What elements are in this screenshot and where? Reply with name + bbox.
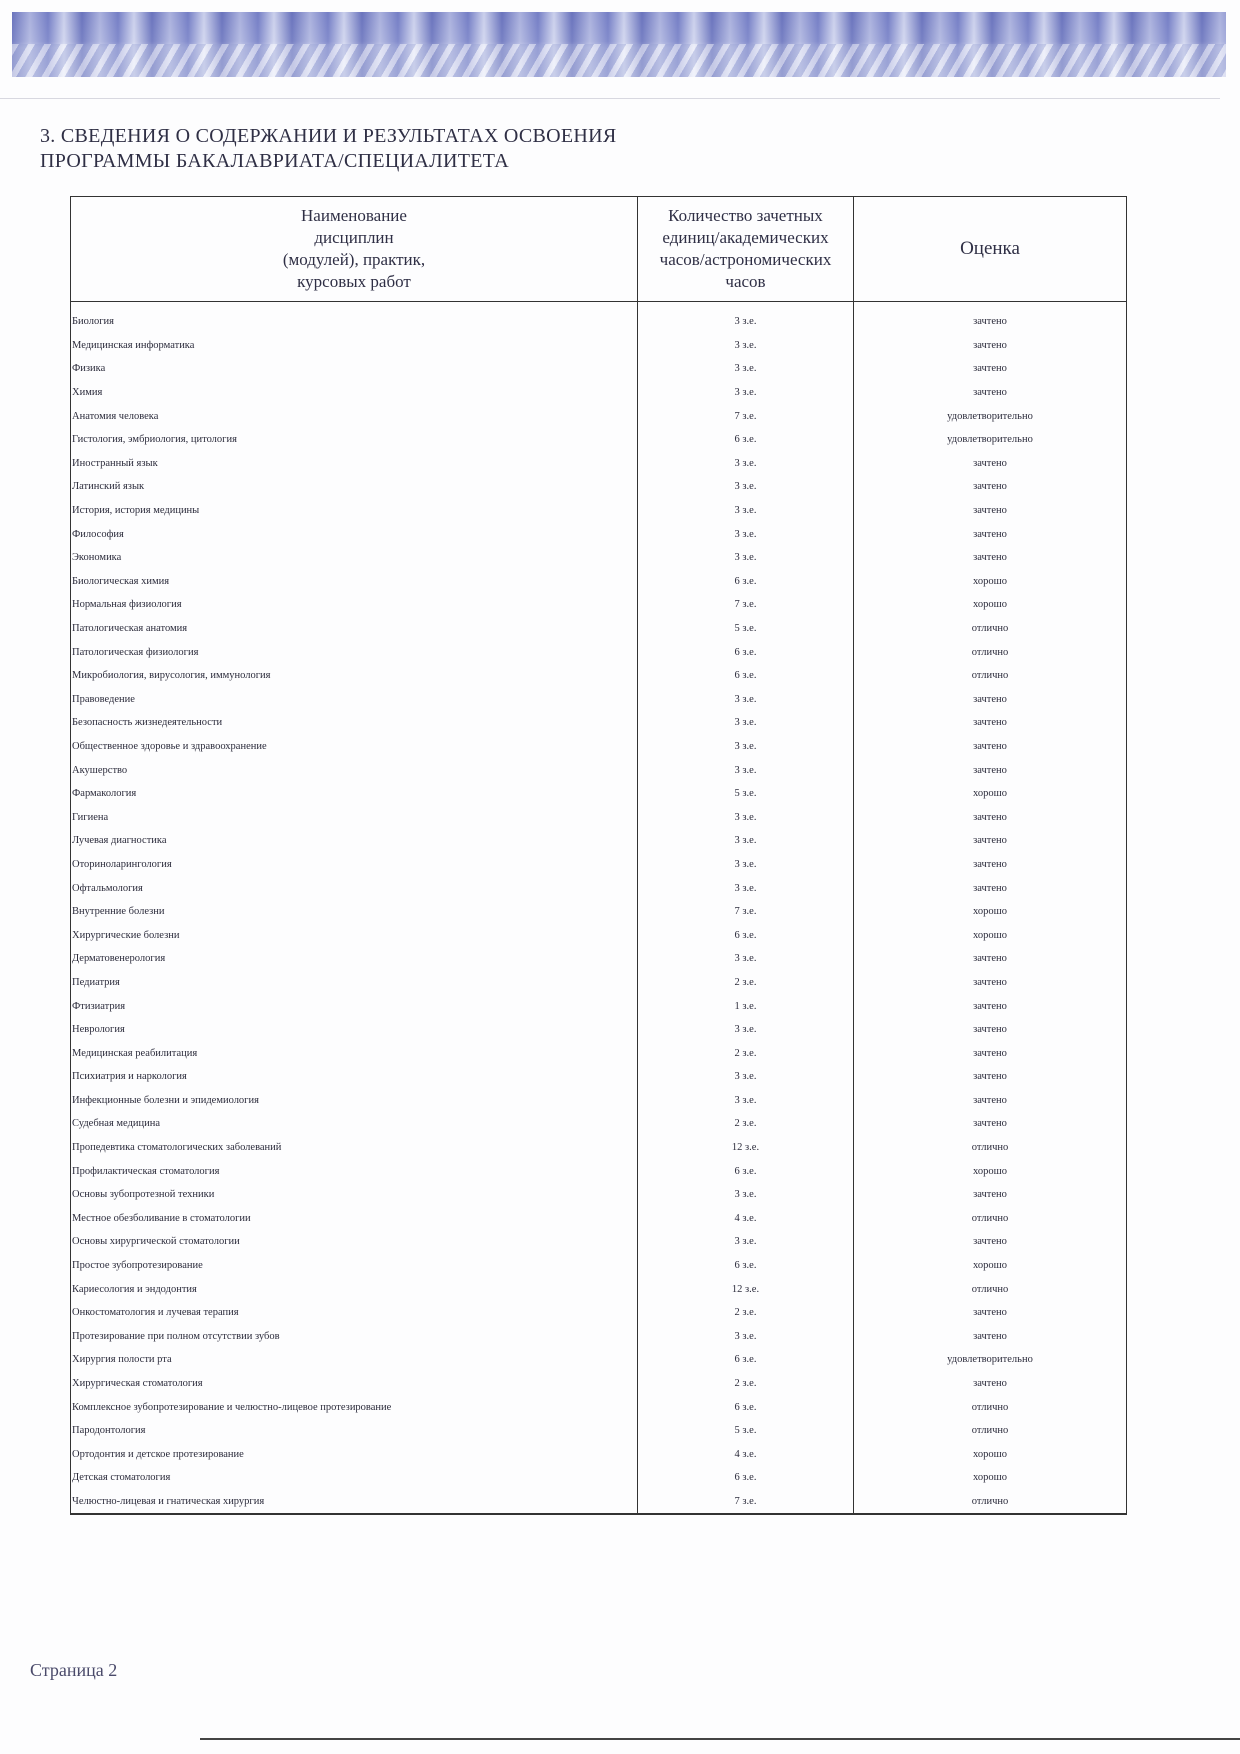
credits-cell: 4 з.е.	[638, 1443, 854, 1467]
grade-cell: зачтено	[854, 1325, 1127, 1349]
credits-cell: 3 з.е.	[638, 475, 854, 499]
discipline-name-cell: Основы хирургической стоматологии	[71, 1230, 638, 1254]
credits-cell: 3 з.е.	[638, 711, 854, 735]
discipline-name-cell: Простое зубопротезирование	[71, 1254, 638, 1278]
table-row: Профилактическая стоматология6 з.е.хорош…	[71, 1159, 1127, 1183]
discipline-name-cell: Дерматовенерология	[71, 947, 638, 971]
discipline-name-cell: Микробиология, вирусология, иммунология	[71, 664, 638, 688]
credits-cell: 2 з.е.	[638, 1372, 854, 1396]
credits-cell: 6 з.е.	[638, 1159, 854, 1183]
grade-cell: зачтено	[854, 876, 1127, 900]
grade-cell: зачтено	[854, 357, 1127, 381]
grade-cell: зачтено	[854, 688, 1127, 712]
credits-cell: 1 з.е.	[638, 994, 854, 1018]
discipline-name-cell: Патологическая анатомия	[71, 617, 638, 641]
bottom-edge-line	[200, 1738, 1240, 1740]
discipline-name-cell: Пропедевтика стоматологических заболеван…	[71, 1136, 638, 1160]
credits-cell: 3 з.е.	[638, 334, 854, 358]
discipline-name-cell: Биология	[71, 302, 638, 334]
table-row: Протезирование при полном отсутствии зуб…	[71, 1325, 1127, 1349]
credits-cell: 2 з.е.	[638, 1301, 854, 1325]
table-row: Фармакология5 з.е.хорошо	[71, 782, 1127, 806]
page-number: Страница 2	[30, 1660, 117, 1681]
discipline-name-cell: Пародонтология	[71, 1419, 638, 1443]
table-row: Нормальная физиология7 з.е.хорошо	[71, 593, 1127, 617]
credits-cell: 5 з.е.	[638, 1419, 854, 1443]
grade-cell: хорошо	[854, 900, 1127, 924]
discipline-name-cell: Латинский язык	[71, 475, 638, 499]
discipline-name-cell: Местное обезболивание в стоматологии	[71, 1207, 638, 1231]
table-row: Иностранный язык3 з.е.зачтено	[71, 452, 1127, 476]
grade-cell: зачтено	[854, 829, 1127, 853]
table-row: Судебная медицина2 з.е.зачтено	[71, 1112, 1127, 1136]
table-row: Пропедевтика стоматологических заболеван…	[71, 1136, 1127, 1160]
table-row: Детская стоматология6 з.е.хорошо	[71, 1466, 1127, 1490]
discipline-name-cell: Неврология	[71, 1018, 638, 1042]
discipline-name-cell: Офтальмология	[71, 876, 638, 900]
discipline-name-cell: Протезирование при полном отсутствии зуб…	[71, 1325, 638, 1349]
security-pattern-banner	[12, 12, 1226, 77]
credits-cell: 3 з.е.	[638, 1065, 854, 1089]
discipline-name-cell: Внутренние болезни	[71, 900, 638, 924]
section-title-line-2: ПРОГРАММЫ БАКАЛАВРИАТА/СПЕЦИАЛИТЕТА	[40, 149, 840, 174]
credits-cell: 4 з.е.	[638, 1207, 854, 1231]
credits-cell: 3 з.е.	[638, 758, 854, 782]
table-row: Лучевая диагностика3 з.е.зачтено	[71, 829, 1127, 853]
discipline-name-cell: Комплексное зубопротезирование и челюстн…	[71, 1395, 638, 1419]
table-row: Ортодонтия и детское протезирование4 з.е…	[71, 1443, 1127, 1467]
grade-cell: зачтено	[854, 947, 1127, 971]
discipline-name-cell: Медицинская реабилитация	[71, 1041, 638, 1065]
credits-cell: 6 з.е.	[638, 664, 854, 688]
discipline-name-cell: Физика	[71, 357, 638, 381]
table-row: Безопасность жизнедеятельности3 з.е.зачт…	[71, 711, 1127, 735]
grade-cell: зачтено	[854, 994, 1127, 1018]
credits-cell: 3 з.е.	[638, 1089, 854, 1113]
credits-cell: 6 з.е.	[638, 1395, 854, 1419]
table-row: Неврология3 з.е.зачтено	[71, 1018, 1127, 1042]
grade-cell: зачтено	[854, 971, 1127, 995]
grade-cell: зачтено	[854, 735, 1127, 759]
credits-cell: 6 з.е.	[638, 1348, 854, 1372]
section-title-line-1: 3. СВЕДЕНИЯ О СОДЕРЖАНИИ И РЕЗУЛЬТАТАХ О…	[40, 124, 840, 149]
grade-cell: отлично	[854, 1490, 1127, 1515]
credits-cell: 3 з.е.	[638, 1183, 854, 1207]
table-row: Патологическая анатомия5 з.е.отлично	[71, 617, 1127, 641]
discipline-name-cell: Медицинская информатика	[71, 334, 638, 358]
credits-cell: 7 з.е.	[638, 1490, 854, 1515]
table-row: Местное обезболивание в стоматологии4 з.…	[71, 1207, 1127, 1231]
grade-cell: зачтено	[854, 1112, 1127, 1136]
credits-cell: 3 з.е.	[638, 688, 854, 712]
credits-cell: 7 з.е.	[638, 900, 854, 924]
credits-cell: 3 з.е.	[638, 829, 854, 853]
grade-cell: зачтено	[854, 1041, 1127, 1065]
table-row: Основы зубопротезной техники3 з.е.зачтен…	[71, 1183, 1127, 1207]
discipline-name-cell: Гистология, эмбриология, цитология	[71, 428, 638, 452]
table-row: Пародонтология5 з.е.отлично	[71, 1419, 1127, 1443]
grade-cell: зачтено	[854, 711, 1127, 735]
credits-cell: 3 з.е.	[638, 876, 854, 900]
credits-cell: 2 з.е.	[638, 971, 854, 995]
table-row: Комплексное зубопротезирование и челюстн…	[71, 1395, 1127, 1419]
table-row: Челюстно-лицевая и гнатическая хирургия7…	[71, 1490, 1127, 1515]
credits-cell: 7 з.е.	[638, 593, 854, 617]
discipline-name-cell: Инфекционные болезни и эпидемиология	[71, 1089, 638, 1113]
credits-cell: 3 з.е.	[638, 522, 854, 546]
discipline-name-cell: Профилактическая стоматология	[71, 1159, 638, 1183]
grade-cell: отлично	[854, 617, 1127, 641]
discipline-name-cell: Хирургические болезни	[71, 923, 638, 947]
credits-cell: 3 з.е.	[638, 1325, 854, 1349]
credits-cell: 3 з.е.	[638, 735, 854, 759]
discipline-name-cell: Основы зубопротезной техники	[71, 1183, 638, 1207]
credits-cell: 3 з.е.	[638, 499, 854, 523]
table-row: Философия3 з.е.зачтено	[71, 522, 1127, 546]
grades-table-body: Биология3 з.е.зачтеноМедицинская информа…	[71, 302, 1127, 1515]
table-row: Инфекционные болезни и эпидемиология3 з.…	[71, 1089, 1127, 1113]
grade-cell: зачтено	[854, 805, 1127, 829]
discipline-name-cell: Общественное здоровье и здравоохранение	[71, 735, 638, 759]
discipline-name-cell: Патологическая физиология	[71, 640, 638, 664]
credits-cell: 6 з.е.	[638, 640, 854, 664]
table-row: Химия3 з.е.зачтено	[71, 381, 1127, 405]
header-credits: Количество зачетных единиц/академических…	[638, 197, 854, 302]
credits-cell: 5 з.е.	[638, 782, 854, 806]
grade-cell: хорошо	[854, 1466, 1127, 1490]
discipline-name-cell: Философия	[71, 522, 638, 546]
grade-cell: удовлетворительно	[854, 404, 1127, 428]
credits-cell: 3 з.е.	[638, 1018, 854, 1042]
discipline-name-cell: Безопасность жизнедеятельности	[71, 711, 638, 735]
grade-cell: зачтено	[854, 334, 1127, 358]
discipline-name-cell: Нормальная физиология	[71, 593, 638, 617]
grade-cell: отлично	[854, 1207, 1127, 1231]
discipline-name-cell: Иностранный язык	[71, 452, 638, 476]
grades-table: Наименование дисциплин (модулей), практи…	[70, 196, 1127, 1515]
discipline-name-cell: Ортодонтия и детское протезирование	[71, 1443, 638, 1467]
grade-cell: зачтено	[854, 1372, 1127, 1396]
discipline-name-cell: История, история медицины	[71, 499, 638, 523]
grade-cell: зачтено	[854, 853, 1127, 877]
discipline-name-cell: Хирургическая стоматология	[71, 1372, 638, 1396]
table-row: Гистология, эмбриология, цитология6 з.е.…	[71, 428, 1127, 452]
grade-cell: отлично	[854, 1419, 1127, 1443]
credits-cell: 3 з.е.	[638, 452, 854, 476]
grade-cell: хорошо	[854, 923, 1127, 947]
table-row: Медицинская информатика3 з.е.зачтено	[71, 334, 1127, 358]
grade-cell: зачтено	[854, 499, 1127, 523]
table-row: История, история медицины3 з.е.зачтено	[71, 499, 1127, 523]
discipline-name-cell: Кариесология и эндодонтия	[71, 1277, 638, 1301]
table-row: Физика3 з.е.зачтено	[71, 357, 1127, 381]
discipline-name-cell: Оториноларингология	[71, 853, 638, 877]
discipline-name-cell: Акушерство	[71, 758, 638, 782]
grade-cell: удовлетворительно	[854, 428, 1127, 452]
grade-cell: зачтено	[854, 302, 1127, 334]
table-row: Анатомия человека7 з.е.удовлетворительно	[71, 404, 1127, 428]
table-row: Психиатрия и наркология3 з.е.зачтено	[71, 1065, 1127, 1089]
credits-cell: 6 з.е.	[638, 1466, 854, 1490]
grade-cell: зачтено	[854, 1018, 1127, 1042]
credits-cell: 7 з.е.	[638, 404, 854, 428]
grade-cell: зачтено	[854, 522, 1127, 546]
credits-cell: 12 з.е.	[638, 1277, 854, 1301]
credits-cell: 3 з.е.	[638, 357, 854, 381]
credits-cell: 3 з.е.	[638, 302, 854, 334]
table-row: Медицинская реабилитация2 з.е.зачтено	[71, 1041, 1127, 1065]
grade-cell: отлично	[854, 1277, 1127, 1301]
credits-cell: 3 з.е.	[638, 853, 854, 877]
discipline-name-cell: Лучевая диагностика	[71, 829, 638, 853]
table-row: Патологическая физиология6 з.е.отлично	[71, 640, 1127, 664]
grade-cell: хорошо	[854, 570, 1127, 594]
header-discipline-name: Наименование дисциплин (модулей), практи…	[71, 197, 638, 302]
table-row: Дерматовенерология3 з.е.зачтено	[71, 947, 1127, 971]
credits-cell: 3 з.е.	[638, 1230, 854, 1254]
table-row: Кариесология и эндодонтия12 з.е.отлично	[71, 1277, 1127, 1301]
table-row: Хирургическая стоматология2 з.е.зачтено	[71, 1372, 1127, 1396]
discipline-name-cell: Фармакология	[71, 782, 638, 806]
grade-cell: зачтено	[854, 475, 1127, 499]
table-row: Простое зубопротезирование6 з.е.хорошо	[71, 1254, 1127, 1278]
table-row: Правоведение3 з.е.зачтено	[71, 688, 1127, 712]
grade-cell: зачтено	[854, 1089, 1127, 1113]
table-row: Гигиена3 з.е.зачтено	[71, 805, 1127, 829]
credits-cell: 2 з.е.	[638, 1041, 854, 1065]
grade-cell: отлично	[854, 1136, 1127, 1160]
discipline-name-cell: Фтизиатрия	[71, 994, 638, 1018]
grade-cell: хорошо	[854, 1254, 1127, 1278]
table-row: Основы хирургической стоматологии3 з.е.з…	[71, 1230, 1127, 1254]
credits-cell: 6 з.е.	[638, 428, 854, 452]
discipline-name-cell: Экономика	[71, 546, 638, 570]
grade-cell: зачтено	[854, 1065, 1127, 1089]
credits-cell: 3 з.е.	[638, 546, 854, 570]
credits-cell: 6 з.е.	[638, 1254, 854, 1278]
discipline-name-cell: Психиатрия и наркология	[71, 1065, 638, 1089]
grade-cell: зачтено	[854, 546, 1127, 570]
discipline-name-cell: Челюстно-лицевая и гнатическая хирургия	[71, 1490, 638, 1515]
table-row: Педиатрия2 з.е.зачтено	[71, 971, 1127, 995]
discipline-name-cell: Биологическая химия	[71, 570, 638, 594]
grade-cell: зачтено	[854, 381, 1127, 405]
table-row: Общественное здоровье и здравоохранение3…	[71, 735, 1127, 759]
credits-cell: 12 з.е.	[638, 1136, 854, 1160]
discipline-name-cell: Хирургия полости рта	[71, 1348, 638, 1372]
grade-cell: удовлетворительно	[854, 1348, 1127, 1372]
table-row: Биология3 з.е.зачтено	[71, 302, 1127, 334]
discipline-name-cell: Педиатрия	[71, 971, 638, 995]
table-row: Хирургические болезни6 з.е.хорошо	[71, 923, 1127, 947]
table-row: Биологическая химия6 з.е.хорошо	[71, 570, 1127, 594]
discipline-name-cell: Детская стоматология	[71, 1466, 638, 1490]
table-header-row: Наименование дисциплин (модулей), практи…	[71, 197, 1127, 302]
credits-cell: 3 з.е.	[638, 381, 854, 405]
credits-cell: 2 з.е.	[638, 1112, 854, 1136]
grade-cell: хорошо	[854, 782, 1127, 806]
grade-cell: хорошо	[854, 1443, 1127, 1467]
discipline-name-cell: Правоведение	[71, 688, 638, 712]
table-row: Латинский язык3 з.е.зачтено	[71, 475, 1127, 499]
grade-cell: отлично	[854, 640, 1127, 664]
grade-cell: хорошо	[854, 593, 1127, 617]
table-row: Хирургия полости рта6 з.е.удовлетворител…	[71, 1348, 1127, 1372]
table-row: Микробиология, вирусология, иммунология6…	[71, 664, 1127, 688]
table-row: Акушерство3 з.е.зачтено	[71, 758, 1127, 782]
credits-cell: 3 з.е.	[638, 805, 854, 829]
section-title: 3. СВЕДЕНИЯ О СОДЕРЖАНИИ И РЕЗУЛЬТАТАХ О…	[40, 124, 840, 174]
grade-cell: зачтено	[854, 1183, 1127, 1207]
grade-cell: зачтено	[854, 452, 1127, 476]
table-row: Оториноларингология3 з.е.зачтено	[71, 853, 1127, 877]
grade-cell: хорошо	[854, 1159, 1127, 1183]
table-row: Внутренние болезни7 з.е.хорошо	[71, 900, 1127, 924]
discipline-name-cell: Судебная медицина	[71, 1112, 638, 1136]
credits-cell: 6 з.е.	[638, 923, 854, 947]
banner-divider	[0, 98, 1220, 99]
credits-cell: 6 з.е.	[638, 570, 854, 594]
table-row: Фтизиатрия1 з.е.зачтено	[71, 994, 1127, 1018]
credits-cell: 3 з.е.	[638, 947, 854, 971]
discipline-name-cell: Химия	[71, 381, 638, 405]
grade-cell: зачтено	[854, 1301, 1127, 1325]
discipline-name-cell: Гигиена	[71, 805, 638, 829]
discipline-name-cell: Анатомия человека	[71, 404, 638, 428]
header-grade: Оценка	[854, 197, 1127, 302]
table-row: Офтальмология3 з.е.зачтено	[71, 876, 1127, 900]
discipline-name-cell: Онкостоматология и лучевая терапия	[71, 1301, 638, 1325]
grade-cell: отлично	[854, 664, 1127, 688]
credits-cell: 5 з.е.	[638, 617, 854, 641]
grade-cell: зачтено	[854, 758, 1127, 782]
table-row: Онкостоматология и лучевая терапия2 з.е.…	[71, 1301, 1127, 1325]
grade-cell: зачтено	[854, 1230, 1127, 1254]
grade-cell: отлично	[854, 1395, 1127, 1419]
table-row: Экономика3 з.е.зачтено	[71, 546, 1127, 570]
